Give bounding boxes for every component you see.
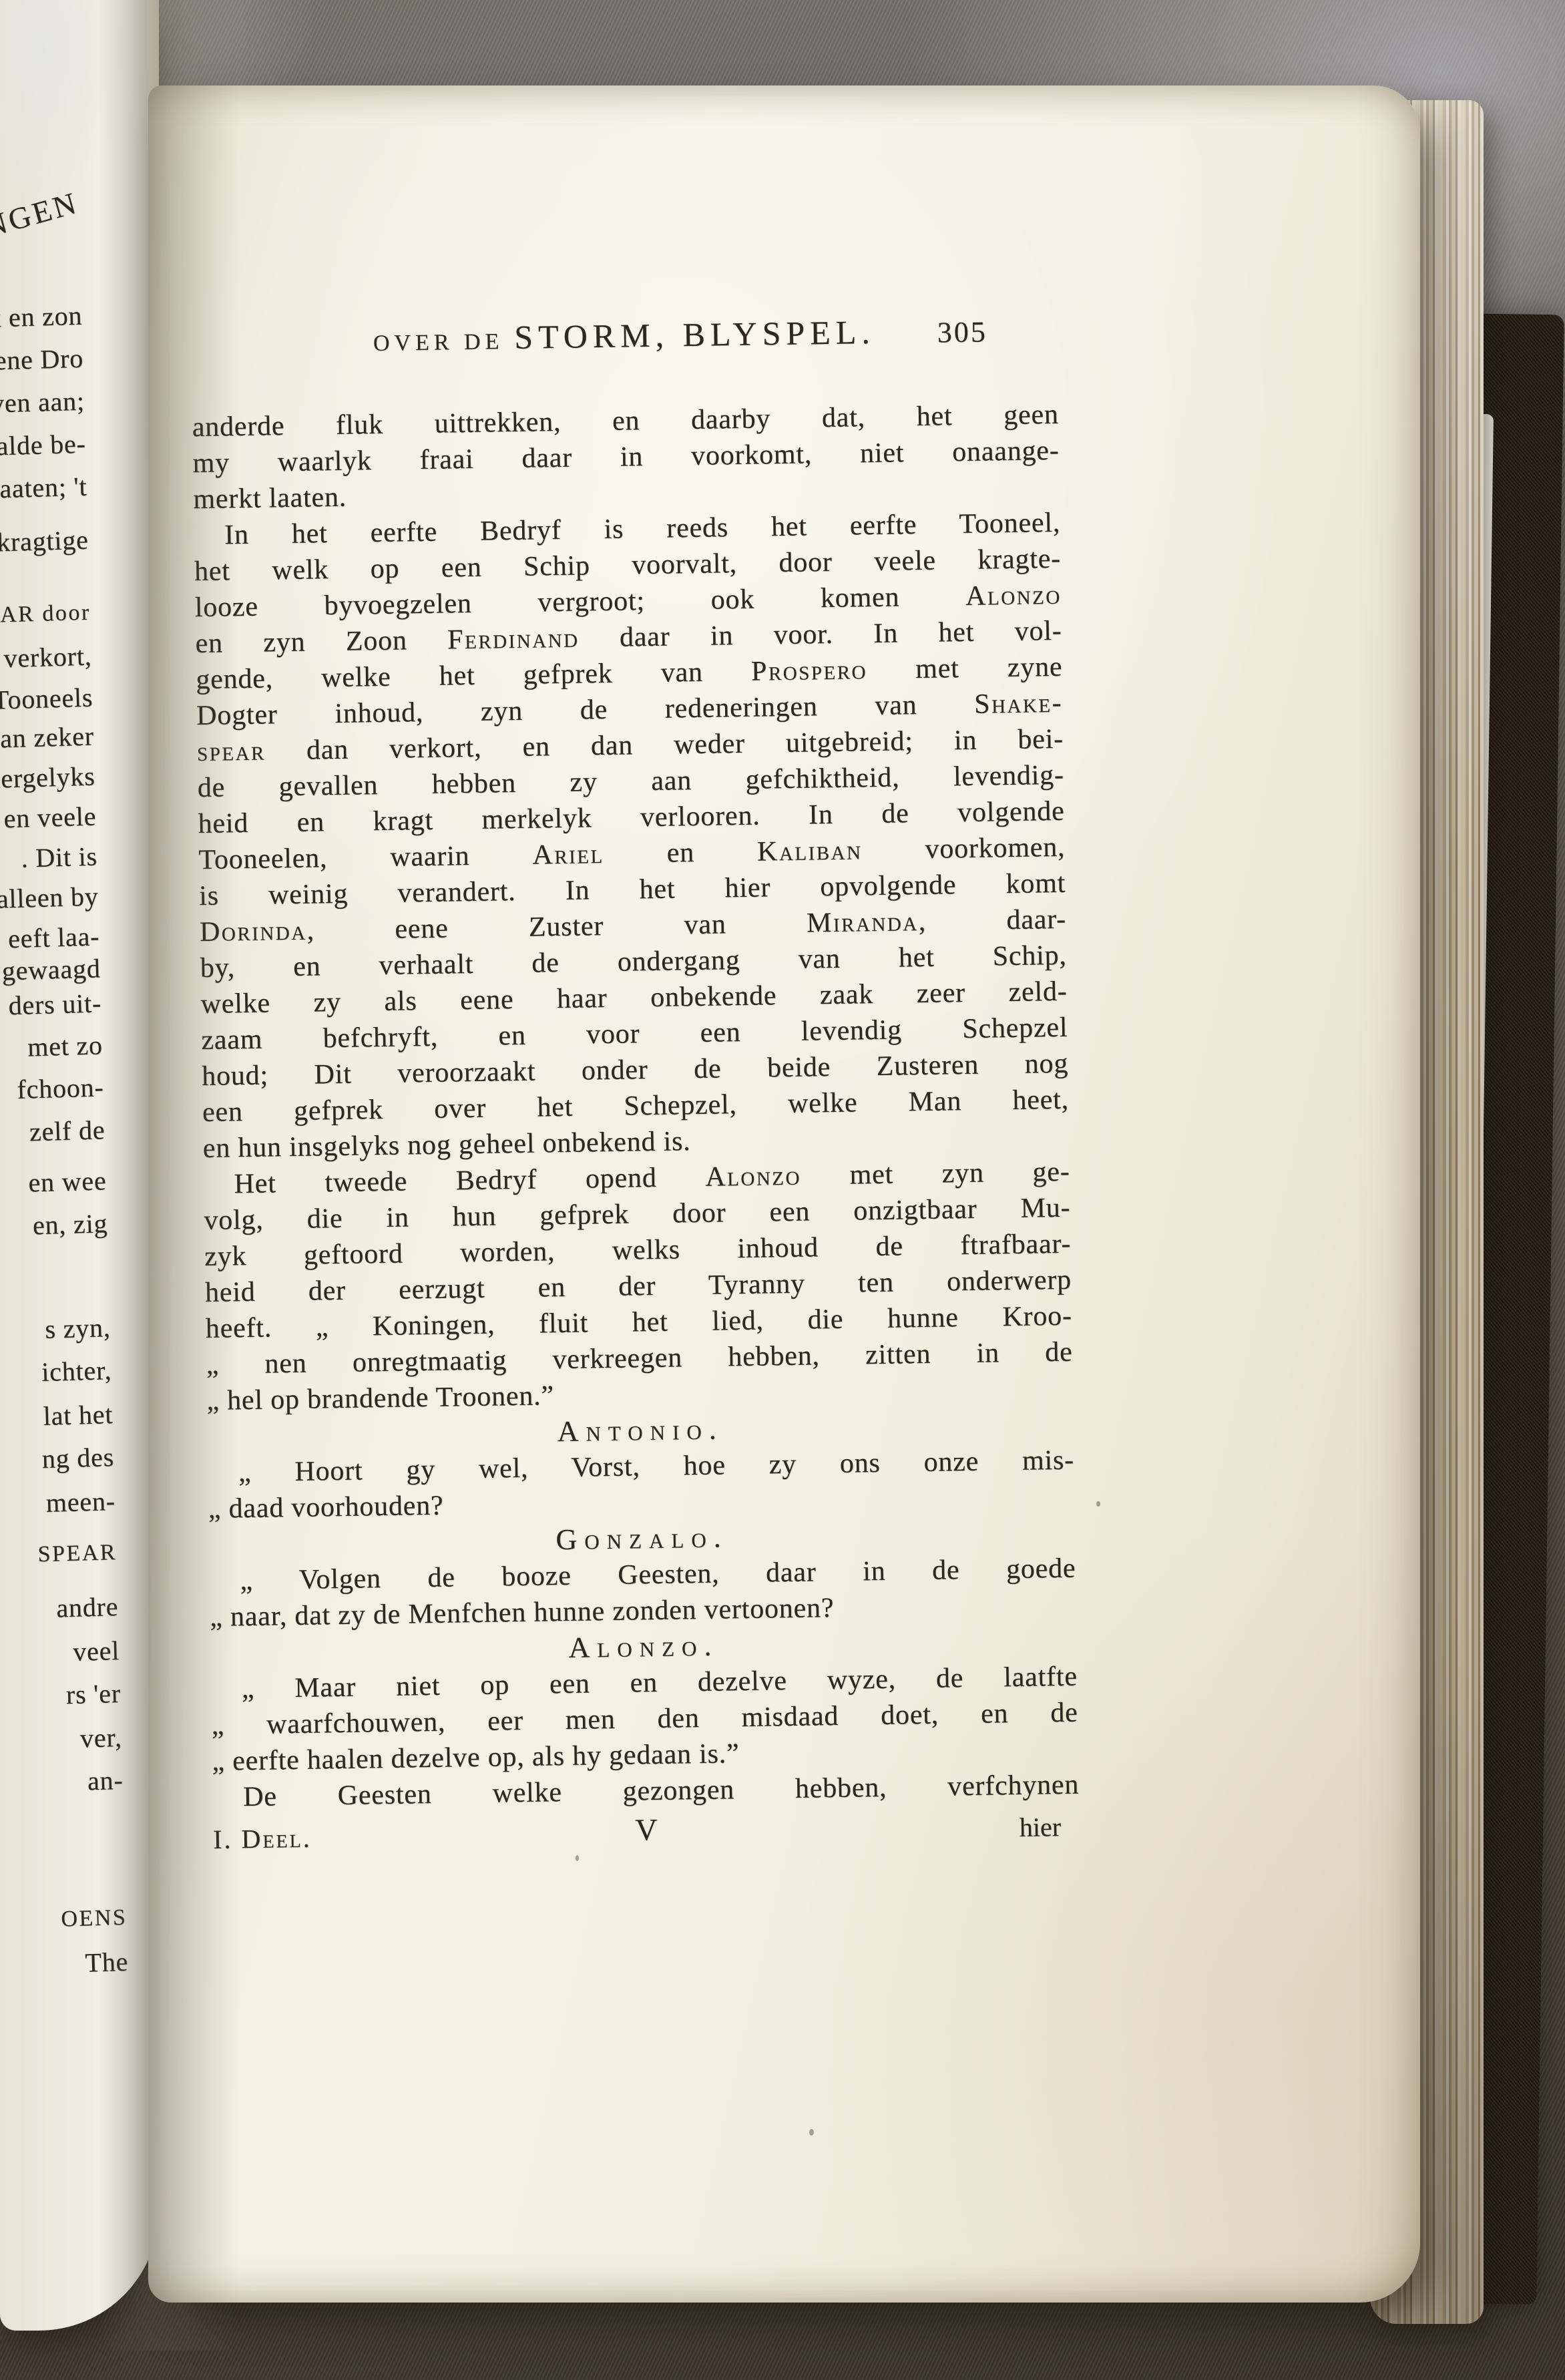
character-name: Shake-: [974, 688, 1064, 720]
book-page: OVER DESTORM, BLYSPEL. 305 anderde fluk …: [148, 85, 1420, 2303]
page-number: 305: [937, 315, 987, 349]
left-page-text-fragment: an zeker: [0, 723, 94, 752]
character-name: Alonzo: [705, 1161, 801, 1193]
left-page-text-fragment: ichter,: [41, 1357, 112, 1386]
left-page-text-fragment: NGEN: [0, 187, 81, 242]
left-page-text-fragment: en wee: [28, 1167, 107, 1196]
character-name: Alonzo: [965, 580, 1062, 612]
running-head-prefix: OVER DE: [373, 329, 504, 356]
left-page-text-fragment: en veele: [3, 803, 97, 832]
left-page-text-fragment: meen-: [45, 1488, 116, 1517]
left-page-text-fragment: The: [85, 1949, 129, 1977]
left-page-text-fragment: met zo: [27, 1032, 103, 1060]
left-page-text-fragment: . Dit is: [21, 843, 97, 871]
left-page-text-fragment: andre: [56, 1593, 119, 1622]
left-page-text-fragment: an-: [87, 1767, 124, 1794]
speaker-name: Gonzalo.: [555, 1521, 728, 1556]
character-name: Kaliban: [757, 835, 863, 867]
speaker-name: Antonio.: [557, 1412, 724, 1448]
left-page-text-fragment: aak en zon: [0, 303, 83, 333]
left-page-text-fragment: paalde be-: [0, 431, 86, 461]
character-name: Prospero: [751, 654, 868, 687]
left-page-text-fragment: iergelyks: [0, 763, 95, 792]
left-page-text-fragment: en, zig: [32, 1210, 107, 1239]
left-page-text-fragment: ver,: [79, 1724, 122, 1752]
left-page-text-fragment: ders uit-: [8, 990, 101, 1019]
left-page-text-fragment: n kragtige: [0, 527, 89, 557]
running-head-title: OVER DESTORM, BLYSPEL.: [190, 310, 1058, 361]
left-page-text-fragment: veel: [73, 1637, 120, 1665]
character-name: Miranda: [807, 906, 919, 938]
left-page-text-fragment: Tooneels: [0, 684, 93, 714]
left-page-text-fragment: alleen by: [0, 883, 99, 912]
left-page-text-fragment: verkort,: [3, 643, 92, 672]
left-page-text-fragment: PEAR door: [0, 602, 91, 628]
character-name: Ferdinand: [447, 623, 580, 656]
paper-speck: [1096, 1501, 1100, 1507]
left-page-text-fragment: laaten; 't: [0, 473, 87, 503]
running-head: OVER DESTORM, BLYSPEL. 305: [190, 310, 1058, 369]
left-page-text-fragment: lat het: [43, 1401, 114, 1430]
left-page-text-fragment: gewaagd: [1, 955, 101, 984]
left-page-text-fragment: s zyn,: [45, 1314, 111, 1343]
character-name: spear: [197, 735, 266, 767]
left-page-text-fragment: SPEAR: [37, 1541, 117, 1566]
left-page-text-fragment: OENS: [61, 1907, 128, 1931]
character-name: Ariel: [532, 839, 604, 871]
catchword: hier: [1019, 1811, 1061, 1843]
left-page-text-fragment: fchoon-: [17, 1074, 104, 1103]
left-page-text-fragment: rs 'er: [65, 1680, 121, 1708]
speaker-name: Alonzo.: [568, 1629, 719, 1664]
left-page-text-fragment: eeft laa-: [8, 923, 100, 952]
paper-speck: [809, 2129, 814, 2136]
volume-label: I. Deel.: [213, 1822, 312, 1855]
left-page-text-fragment: elven aan;: [0, 388, 85, 418]
book-photo-scene: NGENaak en zonepene Droelven aan;paalde …: [0, 0, 1565, 2380]
signature-mark: V: [635, 1812, 658, 1847]
running-head-main: STORM, BLYSPEL.: [514, 313, 875, 356]
left-page-text-fragment: epene Dro: [0, 345, 84, 375]
body-text-block: anderde fluk uittrekken, en daarby dat, …: [192, 397, 1079, 1816]
left-page-text-fragment: zelf de: [29, 1117, 105, 1145]
paper-speck: [576, 1855, 579, 1861]
facing-page-edge: NGENaak en zonepene Droelven aan;paalde …: [0, 0, 159, 2331]
left-page-text-fragment: ng des: [41, 1444, 114, 1472]
character-name: Dorinda: [200, 916, 307, 948]
page-content: OVER DESTORM, BLYSPEL. 305 anderde fluk …: [135, 76, 1439, 2312]
